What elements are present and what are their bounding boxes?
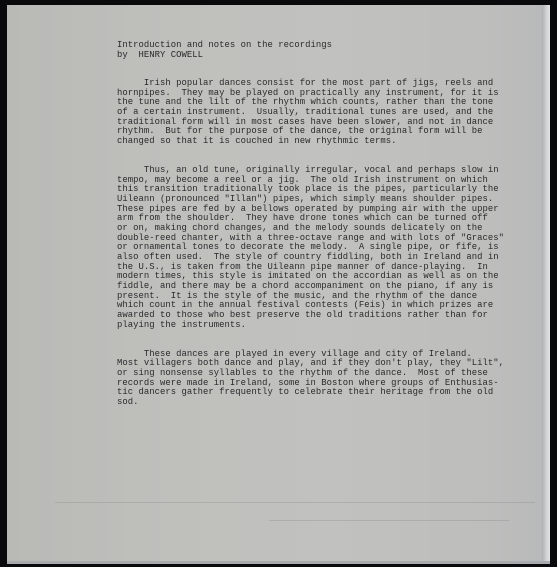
paragraph-1: Irish popular dances consist for the mos… xyxy=(117,79,487,147)
typed-text-block: Introduction and notes on the recordings… xyxy=(117,41,487,408)
page-bottom-edge xyxy=(7,561,550,564)
show-through-line xyxy=(269,520,509,521)
show-through-line xyxy=(55,502,535,503)
text-line: tic dancers gather frequently to celebra… xyxy=(117,388,487,398)
page-right-edge xyxy=(542,5,550,564)
text-line: playing the instruments. xyxy=(117,321,487,331)
paragraph-3: These dances are played in every village… xyxy=(117,350,487,408)
text-line: changed so that it is couched in new rhy… xyxy=(117,137,487,147)
text-line: sod. xyxy=(117,398,487,408)
author-byline: by HENRY COWELL xyxy=(117,51,487,61)
heading: Introduction and notes on the recordings… xyxy=(117,41,487,60)
paragraph-2: Thus, an old tune, originally irregular,… xyxy=(117,166,487,331)
document-page: Introduction and notes on the recordings… xyxy=(7,5,550,564)
